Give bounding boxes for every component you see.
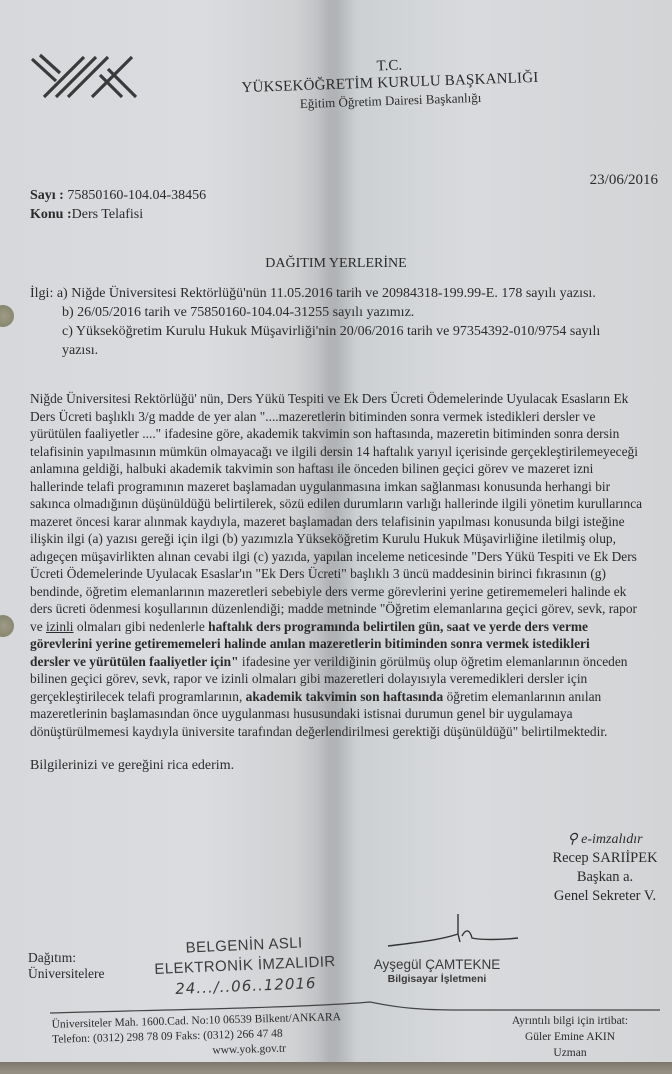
signatory-title-2: Genel Sekreter V. — [540, 887, 670, 906]
contact-title: Uzman — [495, 1045, 645, 1061]
document-reference: Sayı : 75850160-104.04-38456 Konu :Ders … — [30, 186, 206, 224]
e-signature-label: e-imzalıdır — [581, 832, 642, 847]
body-paragraph: Niğde Üniversitesi Rektörlüğü' nün, Ders… — [30, 390, 672, 740]
yok-logo-icon — [30, 53, 142, 99]
body-line: Ücreti Ödemelerinde Uyulacak Esaslar'ın … — [30, 565, 672, 583]
sayi-label: Sayı : — [30, 188, 64, 203]
contact-label: Ayrıntılı bilgi için irtibat: — [495, 1013, 645, 1029]
document-page: T.C. YÜKSEKÖĞRETİM KURULU BAŞKANLIĞI Eği… — [0, 0, 672, 1062]
distribution-title: DAĞITIM YERLERİNE — [0, 256, 672, 272]
text-run: ifadesine yer verildiğinin görülmüş olup… — [239, 654, 628, 669]
operator-name: Ayşegül ÇAMTEKNE — [362, 957, 512, 972]
desk-surface — [0, 1062, 672, 1074]
ilgi-label: İlgi: — [30, 286, 53, 301]
ilgi-item-a: a) Niğde Üniversitesi Rektörlüğü'nün 11.… — [57, 286, 596, 301]
closing-sentence: Bilgilerinizi ve gereğini rica ederim. — [30, 758, 234, 774]
ilgi-item-c-cont: yazısı. — [30, 341, 670, 360]
body-line: ders ücreti ödenmesi koşullarının düzenl… — [30, 600, 672, 618]
underlined-text: izinli — [46, 619, 74, 634]
operator-block: Ayşegül ÇAMTEKNE Bilgisayar İşletmeni — [362, 957, 512, 987]
body-line: Ders Ücreti başlıklı 3/g madde de yer al… — [30, 408, 672, 426]
distribution-value: Üniversitelere — [28, 966, 104, 982]
body-line: ve izinli olmaları gibi nedenlerle hafta… — [30, 618, 672, 636]
body-line: Niğde Üniversitesi Rektörlüğü' nün, Ders… — [30, 390, 672, 408]
references-block: İlgi: a) Niğde Üniversitesi Rektörlüğü'n… — [30, 284, 670, 360]
body-line: mazeretlerinin başlamasından önce uygula… — [30, 705, 672, 723]
body-line: dönüştürülmemesi kaydıyla üniversite tar… — [30, 723, 672, 741]
sayi-value: 75850160-104.04-38456 — [67, 188, 206, 203]
signatory-name: Recep SARIİPEK — [540, 849, 670, 868]
footer-address: Üniversiteler Mah. 1600.Cad. No:10 06539… — [51, 1010, 341, 1062]
body-line: mazeret öncesi karar alınmak kaydıyla, m… — [30, 513, 672, 531]
handwritten-signature-icon — [380, 912, 520, 952]
contact-name: Güler Emine AKIN — [495, 1029, 645, 1045]
ilgi-item-b: b) 26/05/2016 tarih ve 75850160-104.04-3… — [30, 303, 670, 322]
document-date: 23/06/2016 — [590, 172, 658, 189]
bold-text: dersler ve yürütülen faaliyetler için" — [30, 654, 239, 669]
body-line: dersler ve yürütülen faaliyetler için" i… — [30, 653, 672, 671]
body-line: bilinen geçici görev, sevk, rapor ve izi… — [30, 670, 672, 688]
body-line: adıgeçen müşavirlikten alınan cevabi ilg… — [30, 548, 672, 566]
konu-value: Ders Telafisi — [72, 207, 143, 222]
footer-contact: Ayrıntılı bilgi için irtibat: Güler Emin… — [495, 1013, 645, 1061]
original-copy-stamp: BELGENİN ASLI ELEKTRONİK İMZALIDIR 24...… — [144, 932, 346, 1001]
signatory-title: Başkan a. — [540, 868, 670, 887]
ilgi-item-c: c) Yükseköğretim Kurulu Hukuk Müşavirliğ… — [30, 322, 670, 341]
body-line: gerçekleştirilecek telafi programlarının… — [30, 688, 672, 706]
text-run: olmaları gibi nedenlerle — [74, 619, 209, 634]
signature-block: ⚲ e-imzalıdır Recep SARIİPEK Başkan a. G… — [540, 830, 670, 906]
distribution-list: Dağıtım: Üniversitelere — [28, 950, 104, 982]
bold-text: haftalık ders programında belirtilen gün… — [208, 619, 588, 634]
body-line: yürütülen faaliyetler ...." ifadesine gö… — [30, 425, 672, 443]
body-line: sakınca olmadığının düşünüldüğü belirtil… — [30, 495, 672, 513]
text-run: ve — [30, 619, 46, 634]
text-run: gerçekleştirilecek telafi programlarının… — [30, 689, 246, 704]
body-line: görevlerini yerine getirememeleri halind… — [30, 635, 672, 653]
punch-hole — [0, 305, 14, 327]
konu-label: Konu : — [30, 207, 72, 222]
body-line: anlamına geldiği, halbuki akademik takvi… — [30, 460, 672, 478]
operator-role: Bilgisayar İşletmeni — [362, 972, 512, 987]
bold-text: akademik takvimin son haftasında — [246, 689, 444, 704]
body-line: bendinde, öğretim elemanlarının mazeretl… — [30, 583, 672, 601]
punch-hole — [0, 615, 14, 637]
body-line: hallerinde telafi programının mazeret ba… — [30, 478, 672, 496]
body-line: ilişkin ilgi (a) yazısı gereği için ilgi… — [30, 530, 672, 548]
distribution-label: Dağıtım: — [28, 950, 104, 966]
e-signature-icon: ⚲ — [567, 832, 577, 847]
text-run: öğretim elemanlarının anılan — [443, 689, 601, 704]
body-line: telafisinin yapılmasının mümkün olmayaca… — [30, 443, 672, 461]
letterhead: T.C. YÜKSEKÖĞRETİM KURULU BAŞKANLIĞI Eği… — [219, 52, 561, 115]
